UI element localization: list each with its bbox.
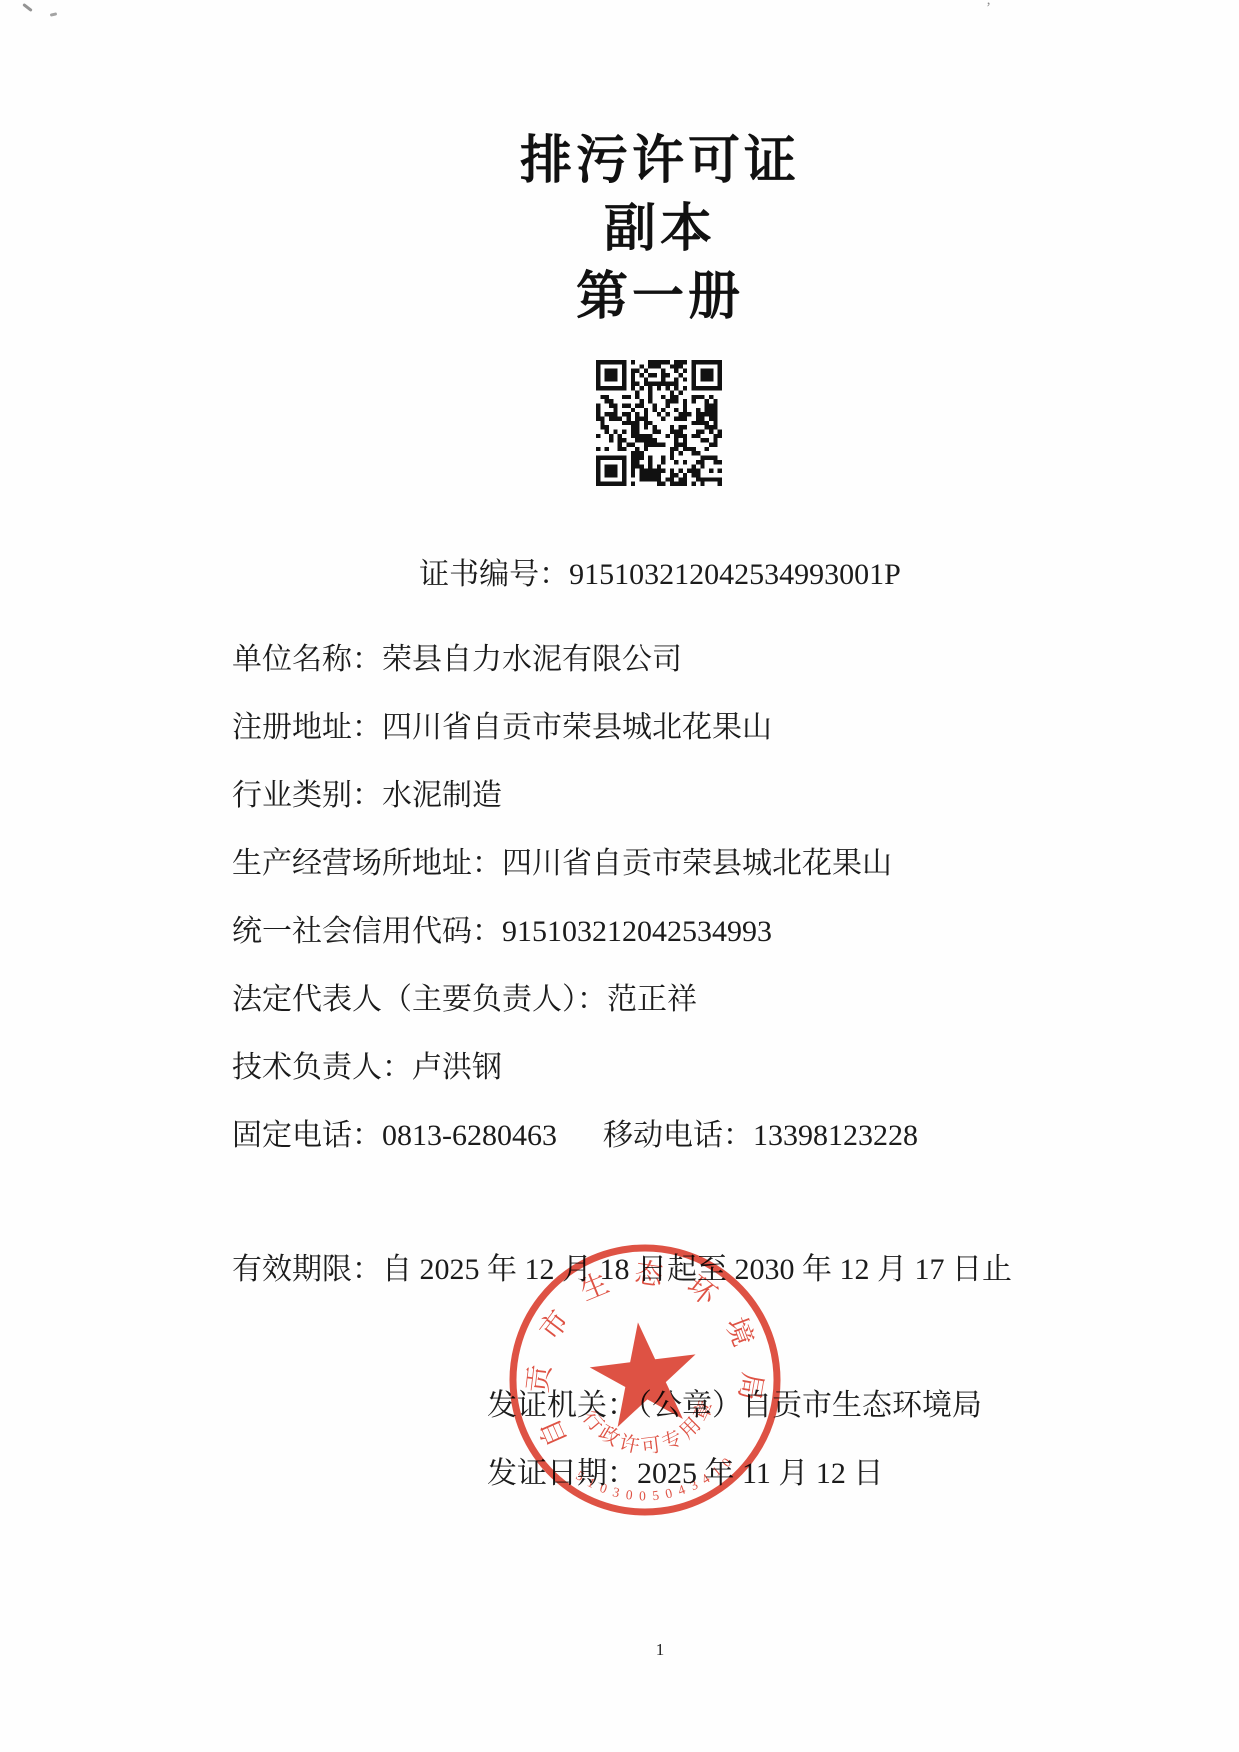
- seal-type-text: 行政许可专用章: [576, 1391, 725, 1466]
- scan-artifact: [22, 3, 33, 12]
- validity-label: 有效期限：: [232, 1253, 382, 1286]
- fixed-phone-value: 0813-6280463: [382, 1119, 557, 1152]
- field-value: 水泥制造: [382, 779, 502, 812]
- field-value: 卢洪钢: [412, 1051, 502, 1084]
- document-title: 排污许可证 副本 第一册: [520, 128, 800, 332]
- fixed-phone: 固定电话：0813-6280463: [232, 1120, 557, 1152]
- field-label: 统一社会信用代码：: [232, 915, 502, 948]
- seal-star-icon: [585, 1316, 703, 1430]
- field-credit-code: 统一社会信用代码：915103212042534993: [232, 916, 918, 948]
- field-value: 荣县自力水泥有限公司: [382, 643, 682, 676]
- certificate-number-value: 915103212042534993001P: [569, 558, 901, 591]
- title-line-main: 排污许可证: [520, 128, 800, 196]
- field-legal-representative: 法定代表人（主要负责人）：范正祥: [232, 984, 918, 1016]
- title-line-copy: 副本: [520, 196, 800, 264]
- permit-document-page: ’ 排污许可证 副本 第一册 证书编号：91510321204253499300…: [0, 0, 1239, 1752]
- official-seal-stamp: 自贡市生态环境局 行政许可专用章 5103005043410: [478, 1213, 812, 1547]
- field-label: 技术负责人：: [232, 1051, 412, 1084]
- field-label: 法定代表人（主要负责人）：: [232, 983, 607, 1016]
- field-label: 行业类别：: [232, 779, 382, 812]
- field-label: 单位名称：: [232, 643, 382, 676]
- title-line-volume: 第一册: [520, 264, 800, 332]
- scan-artifact: ’: [986, 0, 991, 17]
- field-industry-category: 行业类别：水泥制造: [232, 780, 918, 812]
- mobile-phone: 移动电话：13398123228: [603, 1120, 918, 1152]
- qr-code-icon: [596, 360, 722, 486]
- field-production-address: 生产经营场所地址：四川省自贡市荣县城北花果山: [232, 848, 918, 880]
- certificate-number-label: 证书编号：: [419, 558, 569, 591]
- field-technical-manager: 技术负责人：卢洪钢: [232, 1052, 918, 1084]
- page-number: 1: [656, 1640, 665, 1660]
- field-value: 915103212042534993: [502, 915, 772, 948]
- field-unit-name: 单位名称：荣县自力水泥有限公司: [232, 644, 918, 676]
- field-value: 四川省自贡市荣县城北花果山: [502, 847, 892, 880]
- field-value: 四川省自贡市荣县城北花果山: [382, 711, 772, 744]
- field-value: 范正祥: [607, 983, 697, 1016]
- mobile-phone-label: 移动电话：: [603, 1119, 753, 1152]
- scan-artifact: [50, 12, 57, 16]
- field-label: 注册地址：: [232, 711, 382, 744]
- fixed-phone-label: 固定电话：: [232, 1119, 382, 1152]
- info-fields: 单位名称：荣县自力水泥有限公司 注册地址：四川省自贡市荣县城北花果山 行业类别：…: [232, 644, 918, 1188]
- field-registered-address: 注册地址：四川省自贡市荣县城北花果山: [232, 712, 918, 744]
- certificate-number-line: 证书编号：915103212042534993001P: [419, 558, 901, 592]
- field-label: 生产经营场所地址：: [232, 847, 502, 880]
- mobile-phone-value: 13398123228: [753, 1119, 918, 1152]
- field-phones: 固定电话：0813-6280463 移动电话：13398123228: [232, 1120, 918, 1152]
